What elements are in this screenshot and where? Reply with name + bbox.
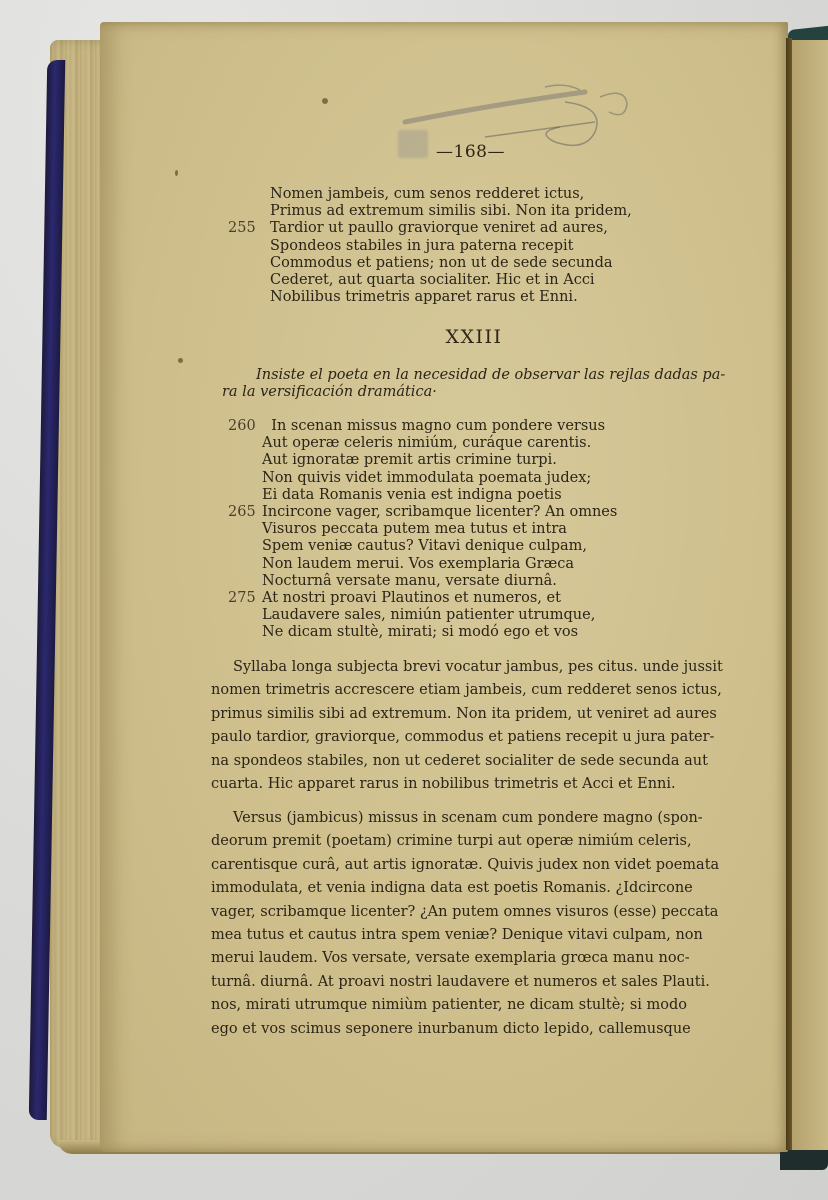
verse-number <box>228 186 270 203</box>
page-number: —168— <box>436 142 505 162</box>
verse-block-main: 260 In scenan missus magno cum pondere v… <box>228 418 617 642</box>
prose-line: cuarta. Hic apparet rarus in nobilibus t… <box>211 773 729 796</box>
verse-text: Spem veniæ cautus? Vitavi denique culpam… <box>262 538 617 555</box>
verse-number <box>228 435 262 452</box>
verse-line: Primus ad extremum similis sibi. Non ita… <box>228 203 632 220</box>
verse-text: In scenan missus magno cum pondere versu… <box>262 418 617 435</box>
verse-line: 260 In scenan missus magno cum pondere v… <box>228 418 617 435</box>
verse-number <box>228 289 270 306</box>
verse-line: Ne dicam stultè, mirati; si modó ego et … <box>228 624 617 641</box>
chapter-summary: Insiste el poeta en la necesidad de obse… <box>222 367 742 401</box>
verse-line: 275At nostri proavi Plautinos et numeros… <box>228 590 617 607</box>
foxing-spot <box>322 98 328 104</box>
prose-line: nos, mirati utrumque nimiùm patienter, n… <box>211 994 729 1017</box>
verse-line: Ei data Romanis venia est indigna poetis <box>228 487 617 504</box>
foxing-spot <box>175 170 178 176</box>
prose-line: nomen trimetris accrescere etiam jambeis… <box>211 679 729 702</box>
verse-text: Visuros peccata putem mea tutus et intra <box>262 521 617 538</box>
verse-line: 255Tardior ut paullo graviorque veniret … <box>228 220 632 237</box>
verse-number <box>228 487 262 504</box>
verse-text: Nobilibus trimetris apparet rarus et Enn… <box>270 289 632 306</box>
verse-line: Laudavere sales, nimiún patienter utrumq… <box>228 607 617 624</box>
verse-block-top: Nomen jambeis, cum senos redderet ictus,… <box>228 186 632 306</box>
verse-text: Laudavere sales, nimiún patienter utrumq… <box>262 607 617 624</box>
verse-text: Commodus et patiens; non ut de sede secu… <box>270 255 632 272</box>
book-gutter <box>786 38 792 1150</box>
verse-line: Aut operæ celeris nimiúm, curáque carent… <box>228 435 617 452</box>
verse-text: Primus ad extremum similis sibi. Non ita… <box>270 203 632 220</box>
verse-text: Tardior ut paullo graviorque veniret ad … <box>270 220 632 237</box>
verse-number: 265 <box>228 504 262 521</box>
verse-line: Aut ignoratæ premit artis crimine turpi. <box>228 452 617 469</box>
prose-line: Versus (jambicus) missus in scenam cum p… <box>211 807 729 830</box>
verse-line: Non laudem merui. Vos exemplaria Græca <box>228 556 617 573</box>
verse-text: Aut operæ celeris nimiúm, curáque carent… <box>262 435 617 452</box>
verse-text: Non laudem merui. Vos exemplaria Græca <box>262 556 617 573</box>
verse-number: 275 <box>228 590 262 607</box>
prose-line: na spondeos stabiles, non ut cederet soc… <box>211 750 729 773</box>
verse-text: Cederet, aut quarta socialiter. Hic et i… <box>270 272 632 289</box>
verse-line: 265Incircone vager, scribamque licenter?… <box>228 504 617 521</box>
verse-number <box>228 272 270 289</box>
facing-page <box>792 40 828 1150</box>
verse-line: Nomen jambeis, cum senos redderet ictus, <box>228 186 632 203</box>
prose-line: ego et vos scimus seponere inurbanum dic… <box>211 1018 729 1041</box>
verse-number: 260 <box>228 418 262 435</box>
verse-text: Aut ignoratæ premit artis crimine turpi. <box>262 452 617 469</box>
verse-line: Visuros peccata putem mea tutus et intra <box>228 521 617 538</box>
prose-line: deorum premit (poetam) crimine turpi aut… <box>211 830 729 853</box>
prose-paragraph-1: Syllaba longa subjecta brevi vocatur jam… <box>211 656 729 796</box>
verse-text: Ei data Romanis venia est indigna poetis <box>262 487 617 504</box>
verse-line: Non quivis videt immodulata poemata jude… <box>228 470 617 487</box>
verse-number <box>228 573 262 590</box>
verse-line: Cederet, aut quarta socialiter. Hic et i… <box>228 272 632 289</box>
verse-number <box>228 521 262 538</box>
verse-number <box>228 470 262 487</box>
verse-line: Spondeos stabiles in jura paterna recepi… <box>228 238 632 255</box>
verse-number <box>228 452 262 469</box>
verse-number <box>228 538 262 555</box>
prose-line: vager, scribamque licenter? ¿An putem om… <box>211 901 729 924</box>
verse-text: Nocturnâ versate manu, versate diurnâ. <box>262 573 617 590</box>
verse-line: Commodus et patiens; non ut de sede secu… <box>228 255 632 272</box>
verse-number <box>228 624 262 641</box>
chapter-summary-line: ra la versificación dramática· <box>222 384 742 401</box>
prose-line: carentisque curâ, aut artis ignoratæ. Qu… <box>211 854 729 877</box>
verse-number <box>228 255 270 272</box>
verse-line: Spem veniæ cautus? Vitavi denique culpam… <box>228 538 617 555</box>
verse-text: Spondeos stabiles in jura paterna recepi… <box>270 238 632 255</box>
verse-number <box>228 203 270 220</box>
prose-line: primus similis sibi ad extremum. Non ita… <box>211 703 729 726</box>
verse-line: Nocturnâ versate manu, versate diurnâ. <box>228 573 617 590</box>
foxing-spot <box>178 358 183 363</box>
chapter-heading: XXIII <box>0 326 828 348</box>
verse-text: At nostri proavi Plautinos et numeros, e… <box>262 590 617 607</box>
prose-line: merui laudem. Vos versate, versate exemp… <box>211 947 729 970</box>
verse-text: Nomen jambeis, cum senos redderet ictus, <box>270 186 632 203</box>
prose-line: Syllaba longa subjecta brevi vocatur jam… <box>211 656 729 679</box>
verse-number <box>228 238 270 255</box>
verse-text: Incircone vager, scribamque licenter? An… <box>262 504 617 521</box>
verse-text: Non quivis videt immodulata poemata jude… <box>262 470 617 487</box>
library-stamp-mark <box>398 130 428 158</box>
verse-text: Ne dicam stultè, mirati; si modó ego et … <box>262 624 617 641</box>
prose-line: immodulata, et venia indigna data est po… <box>211 877 729 900</box>
prose-line: mea tutus et cautus intra spem veniæ? De… <box>211 924 729 947</box>
verse-number: 255 <box>228 220 270 237</box>
verse-number <box>228 607 262 624</box>
prose-paragraph-2: Versus (jambicus) missus in scenam cum p… <box>211 807 729 1041</box>
chapter-summary-line: Insiste el poeta en la necesidad de obse… <box>222 367 742 384</box>
verse-line: Nobilibus trimetris apparet rarus et Enn… <box>228 289 632 306</box>
prose-line: turnâ. diurnâ. At proavi nostri laudaver… <box>211 971 729 994</box>
prose-line: paulo tardior, graviorque, commodus et p… <box>211 726 729 749</box>
verse-number <box>228 556 262 573</box>
